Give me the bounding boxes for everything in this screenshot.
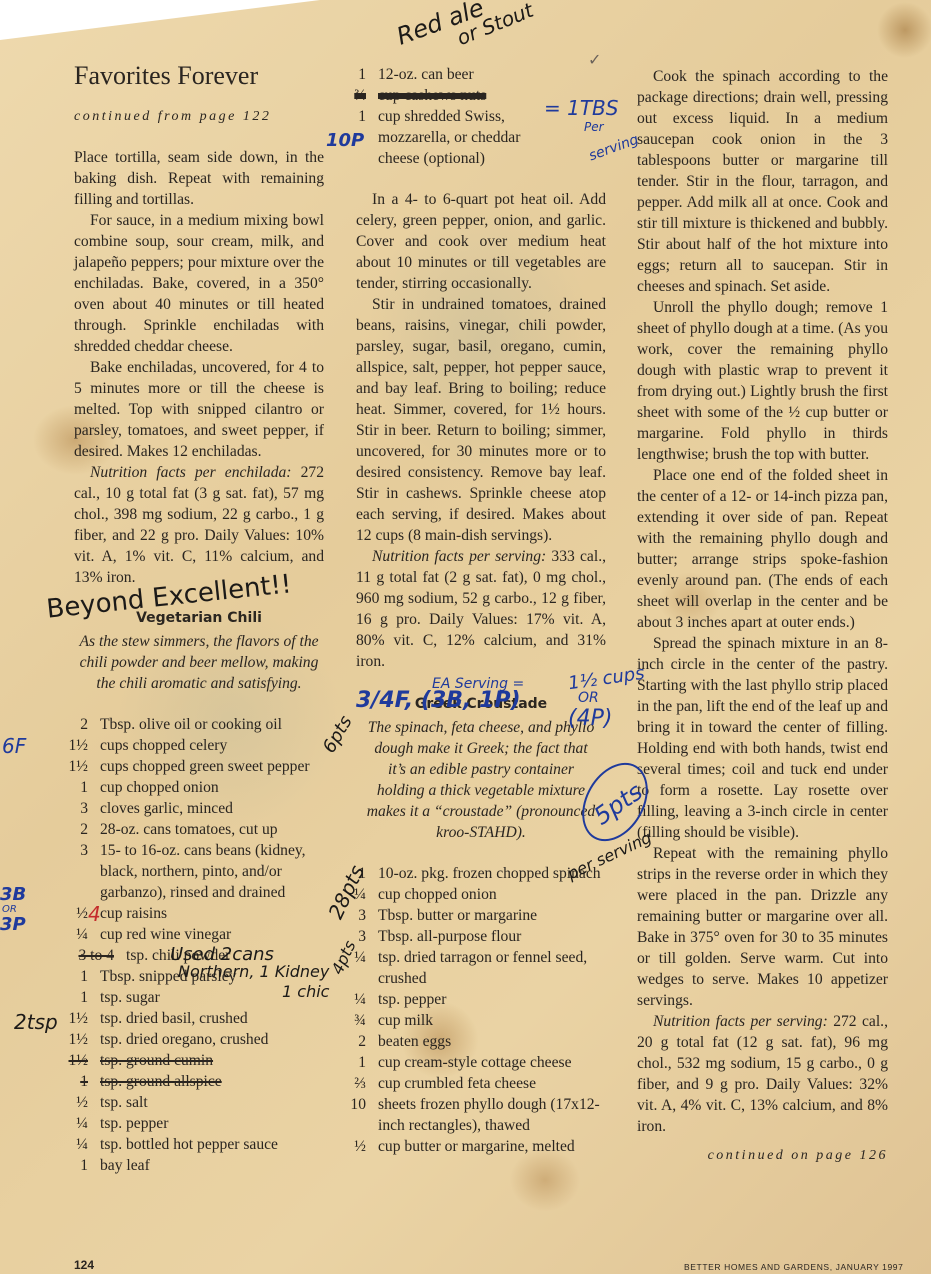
croustade-intro: The spinach, feta cheese, and phyllo dou…	[356, 717, 606, 843]
nutrition-label: Nutrition facts per serving:	[653, 1013, 828, 1030]
handwritten-note: 2tsp	[14, 1010, 58, 1034]
handwritten-note: 6F	[2, 734, 26, 758]
ingredient-row: ½cup butter or margarine, melted	[344, 1136, 606, 1157]
croustade-nutrition: Nutrition facts per serving: 272 cal., 2…	[637, 1011, 888, 1137]
ingredient-row-struck: 1½tsp. ground cumin	[66, 1050, 324, 1071]
torn-corner	[0, 0, 320, 40]
handwritten-note: (4P)	[568, 706, 612, 731]
croustade-directions: Place one end of the folded sheet in the…	[637, 465, 888, 633]
page-title: Favorites Forever	[74, 60, 324, 92]
ingredient-row: 315- to 16-oz. cans beans (kidney, black…	[66, 840, 324, 903]
column-2: 112-oz. can beer ¾cup cashews nuts 1cup …	[356, 64, 606, 1157]
nutrition-text: 333 cal., 11 g total fat (2 g sat. fat),…	[356, 548, 606, 670]
handwritten-note: 3P	[0, 914, 26, 935]
croustade-directions: Unroll the phyllo dough; remove 1 sheet …	[637, 297, 888, 465]
chili-directions: Stir in undrained tomatoes, drained bean…	[356, 294, 606, 546]
ingredient-row: 3Tbsp. all-purpose flour	[344, 926, 606, 947]
ingredient-row: 10sheets frozen phyllo dough (17x12-inch…	[344, 1094, 606, 1136]
handwritten-note: 3/4F, (3B, 1P)	[356, 688, 521, 713]
handwritten-note: 4	[88, 902, 101, 926]
ingredient-row: ¼tsp. bottled hot pepper sauce	[66, 1134, 324, 1155]
nutrition-label: Nutrition facts per enchilada:	[90, 464, 291, 481]
ingredient-row: 1½tsp. dried oregano, crushed	[66, 1029, 324, 1050]
ingredient-row: ¼tsp. pepper	[66, 1113, 324, 1134]
magazine-footer: BETTER HOMES AND GARDENS, JANUARY 1997	[684, 1262, 903, 1272]
check-mark-icon: ✓	[588, 50, 601, 69]
handwritten-note: Per	[584, 120, 604, 134]
ingredient-row: 1bay leaf	[66, 1155, 324, 1176]
ingredient-row: ¼tsp. dried tarragon or fennel seed, cru…	[344, 947, 606, 989]
enchilada-paragraph: Place tortilla, seam side down, in the b…	[74, 147, 324, 210]
enchilada-paragraph: For sauce, in a medium mixing bowl combi…	[74, 210, 324, 357]
handwritten-note: 1 chic	[282, 982, 329, 1001]
chili-directions: In a 4- to 6-quart pot heat oil. Add cel…	[356, 189, 606, 294]
ingredient-row: 3cloves garlic, minced	[66, 798, 324, 819]
croustade-directions: Spread the spinach mixture in an 8-inch …	[637, 633, 888, 843]
ingredient-row: 1cup chopped onion	[66, 777, 324, 798]
ingredient-row: 2beaten eggs	[344, 1031, 606, 1052]
ingredient-row: ¼tsp. pepper	[344, 989, 606, 1010]
chili-nutrition: Nutrition facts per serving: 333 cal., 1…	[356, 546, 606, 672]
ingredient-row: 1cup cream-style cottage cheese	[344, 1052, 606, 1073]
croustade-directions: Cook the spinach according to the packag…	[637, 66, 888, 297]
ingredient-row-struck: 1tsp. ground allspice	[66, 1071, 324, 1092]
ingredient-row: 1½cups chopped celery	[66, 735, 324, 756]
croustade-ingredient-list: 110-oz. pkg. frozen chopped spinach ¼cup…	[344, 863, 606, 1157]
nutrition-label: Nutrition facts per serving:	[372, 548, 546, 565]
handwritten-note: = 1TBS	[544, 96, 618, 120]
ingredient-row: ⅔cup crumbled feta cheese	[344, 1073, 606, 1094]
chili-intro: As the stew simmers, the flavors of the …	[74, 631, 324, 694]
nutrition-text: 272 cal., 20 g total fat (12 g sat. fat)…	[637, 1013, 888, 1135]
ingredient-row: ¾cup milk	[344, 1010, 606, 1031]
ingredient-row: 1½cups chopped green sweet pepper	[66, 756, 324, 777]
handwritten-note: Northern, 1 Kidney	[178, 962, 329, 981]
handwritten-note: 10P	[326, 130, 364, 151]
croustade-directions: Repeat with the remaining phyllo strips …	[637, 843, 888, 1011]
ingredient-row: ¼cup red wine vinegar	[66, 924, 324, 945]
nutrition-text: 272 cal., 10 g total fat (3 g sat. fat),…	[74, 464, 324, 586]
handwritten-note: OR	[578, 690, 599, 706]
page-number: 124	[74, 1258, 94, 1272]
ingredient-row: ¼cup chopped onion	[344, 884, 606, 905]
ingredient-row: 1½tsp. dried basil, crushed	[66, 1008, 324, 1029]
column-3: Cook the spinach according to the packag…	[637, 66, 888, 1166]
enchilada-paragraph: Bake enchiladas, uncovered, for 4 to 5 m…	[74, 357, 324, 462]
ingredient-row: 3Tbsp. butter or margarine	[344, 905, 606, 926]
continued-from: continued from page 122	[74, 106, 324, 127]
continued-on: continued on page 126	[637, 1145, 888, 1166]
ingredient-row: ½cup raisins	[66, 903, 324, 924]
ingredient-row: 112-oz. can beer	[344, 64, 606, 85]
handwritten-note: 3B	[0, 884, 26, 905]
ingredient-row: 228-oz. cans tomatoes, cut up	[66, 819, 324, 840]
ingredient-row: ½tsp. salt	[66, 1092, 324, 1113]
ingredient-row: 2Tbsp. olive oil or cooking oil	[66, 714, 324, 735]
